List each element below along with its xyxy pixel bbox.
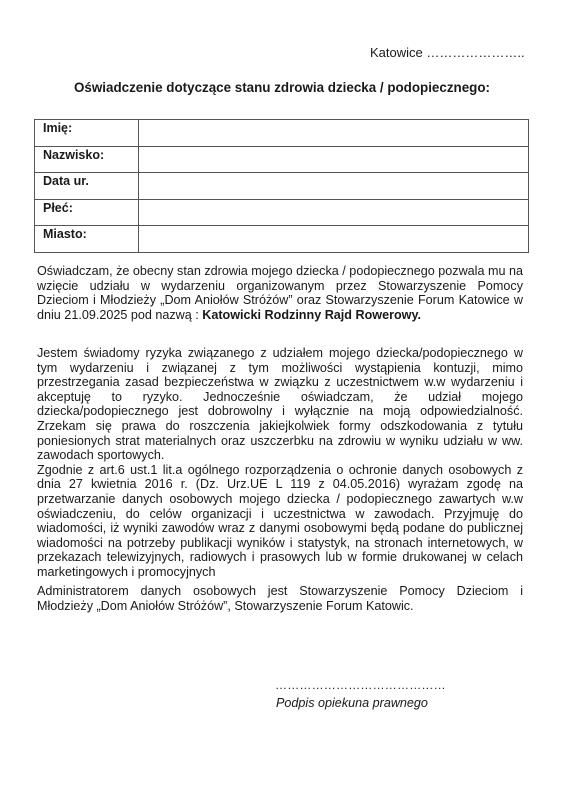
personal-data-table: Imię: Nazwisko: Data ur. Płeć: Miasto: [34, 119, 529, 253]
data-administrator-paragraph: Administratorem danych osobowych jest St… [37, 584, 523, 613]
risk-acceptance-text: Jestem świadomy ryzyka związanego z udzi… [37, 346, 523, 463]
field-label-city: Miasto: [35, 226, 139, 253]
field-label-last-name: Nazwisko: [35, 146, 139, 173]
health-declaration-paragraph: Oświadczam, że obecny stan zdrowia mojeg… [37, 264, 523, 322]
table-row: Płeć: [35, 199, 529, 226]
field-label-gender: Płeć: [35, 199, 139, 226]
place-date-line: Katowice ………………….. [370, 45, 525, 60]
data-consent-text: Zgodnie z art.6 ust.1 lit.a ogólnego roz… [37, 463, 523, 580]
table-row: Data ur. [35, 173, 529, 200]
field-first-name[interactable] [139, 120, 529, 147]
table-row: Nazwisko: [35, 146, 529, 173]
field-label-first-name: Imię: [35, 120, 139, 147]
document-title: Oświadczenie dotyczące stanu zdrowia dzi… [0, 80, 564, 95]
field-gender[interactable] [139, 199, 529, 226]
field-city[interactable] [139, 226, 529, 253]
risk-and-consent-paragraph: Jestem świadomy ryzyka związanego z udzi… [37, 346, 523, 580]
table-row: Imię: [35, 120, 529, 147]
signature-line: …………………………………… [275, 678, 446, 692]
signature-label: Podpis opiekuna prawnego [276, 696, 428, 710]
field-last-name[interactable] [139, 146, 529, 173]
table-row: Miasto: [35, 226, 529, 253]
field-birth-date[interactable] [139, 173, 529, 200]
event-name: Katowicki Rodzinny Rajd Rowerowy. [202, 308, 421, 322]
field-label-birth-date: Data ur. [35, 173, 139, 200]
